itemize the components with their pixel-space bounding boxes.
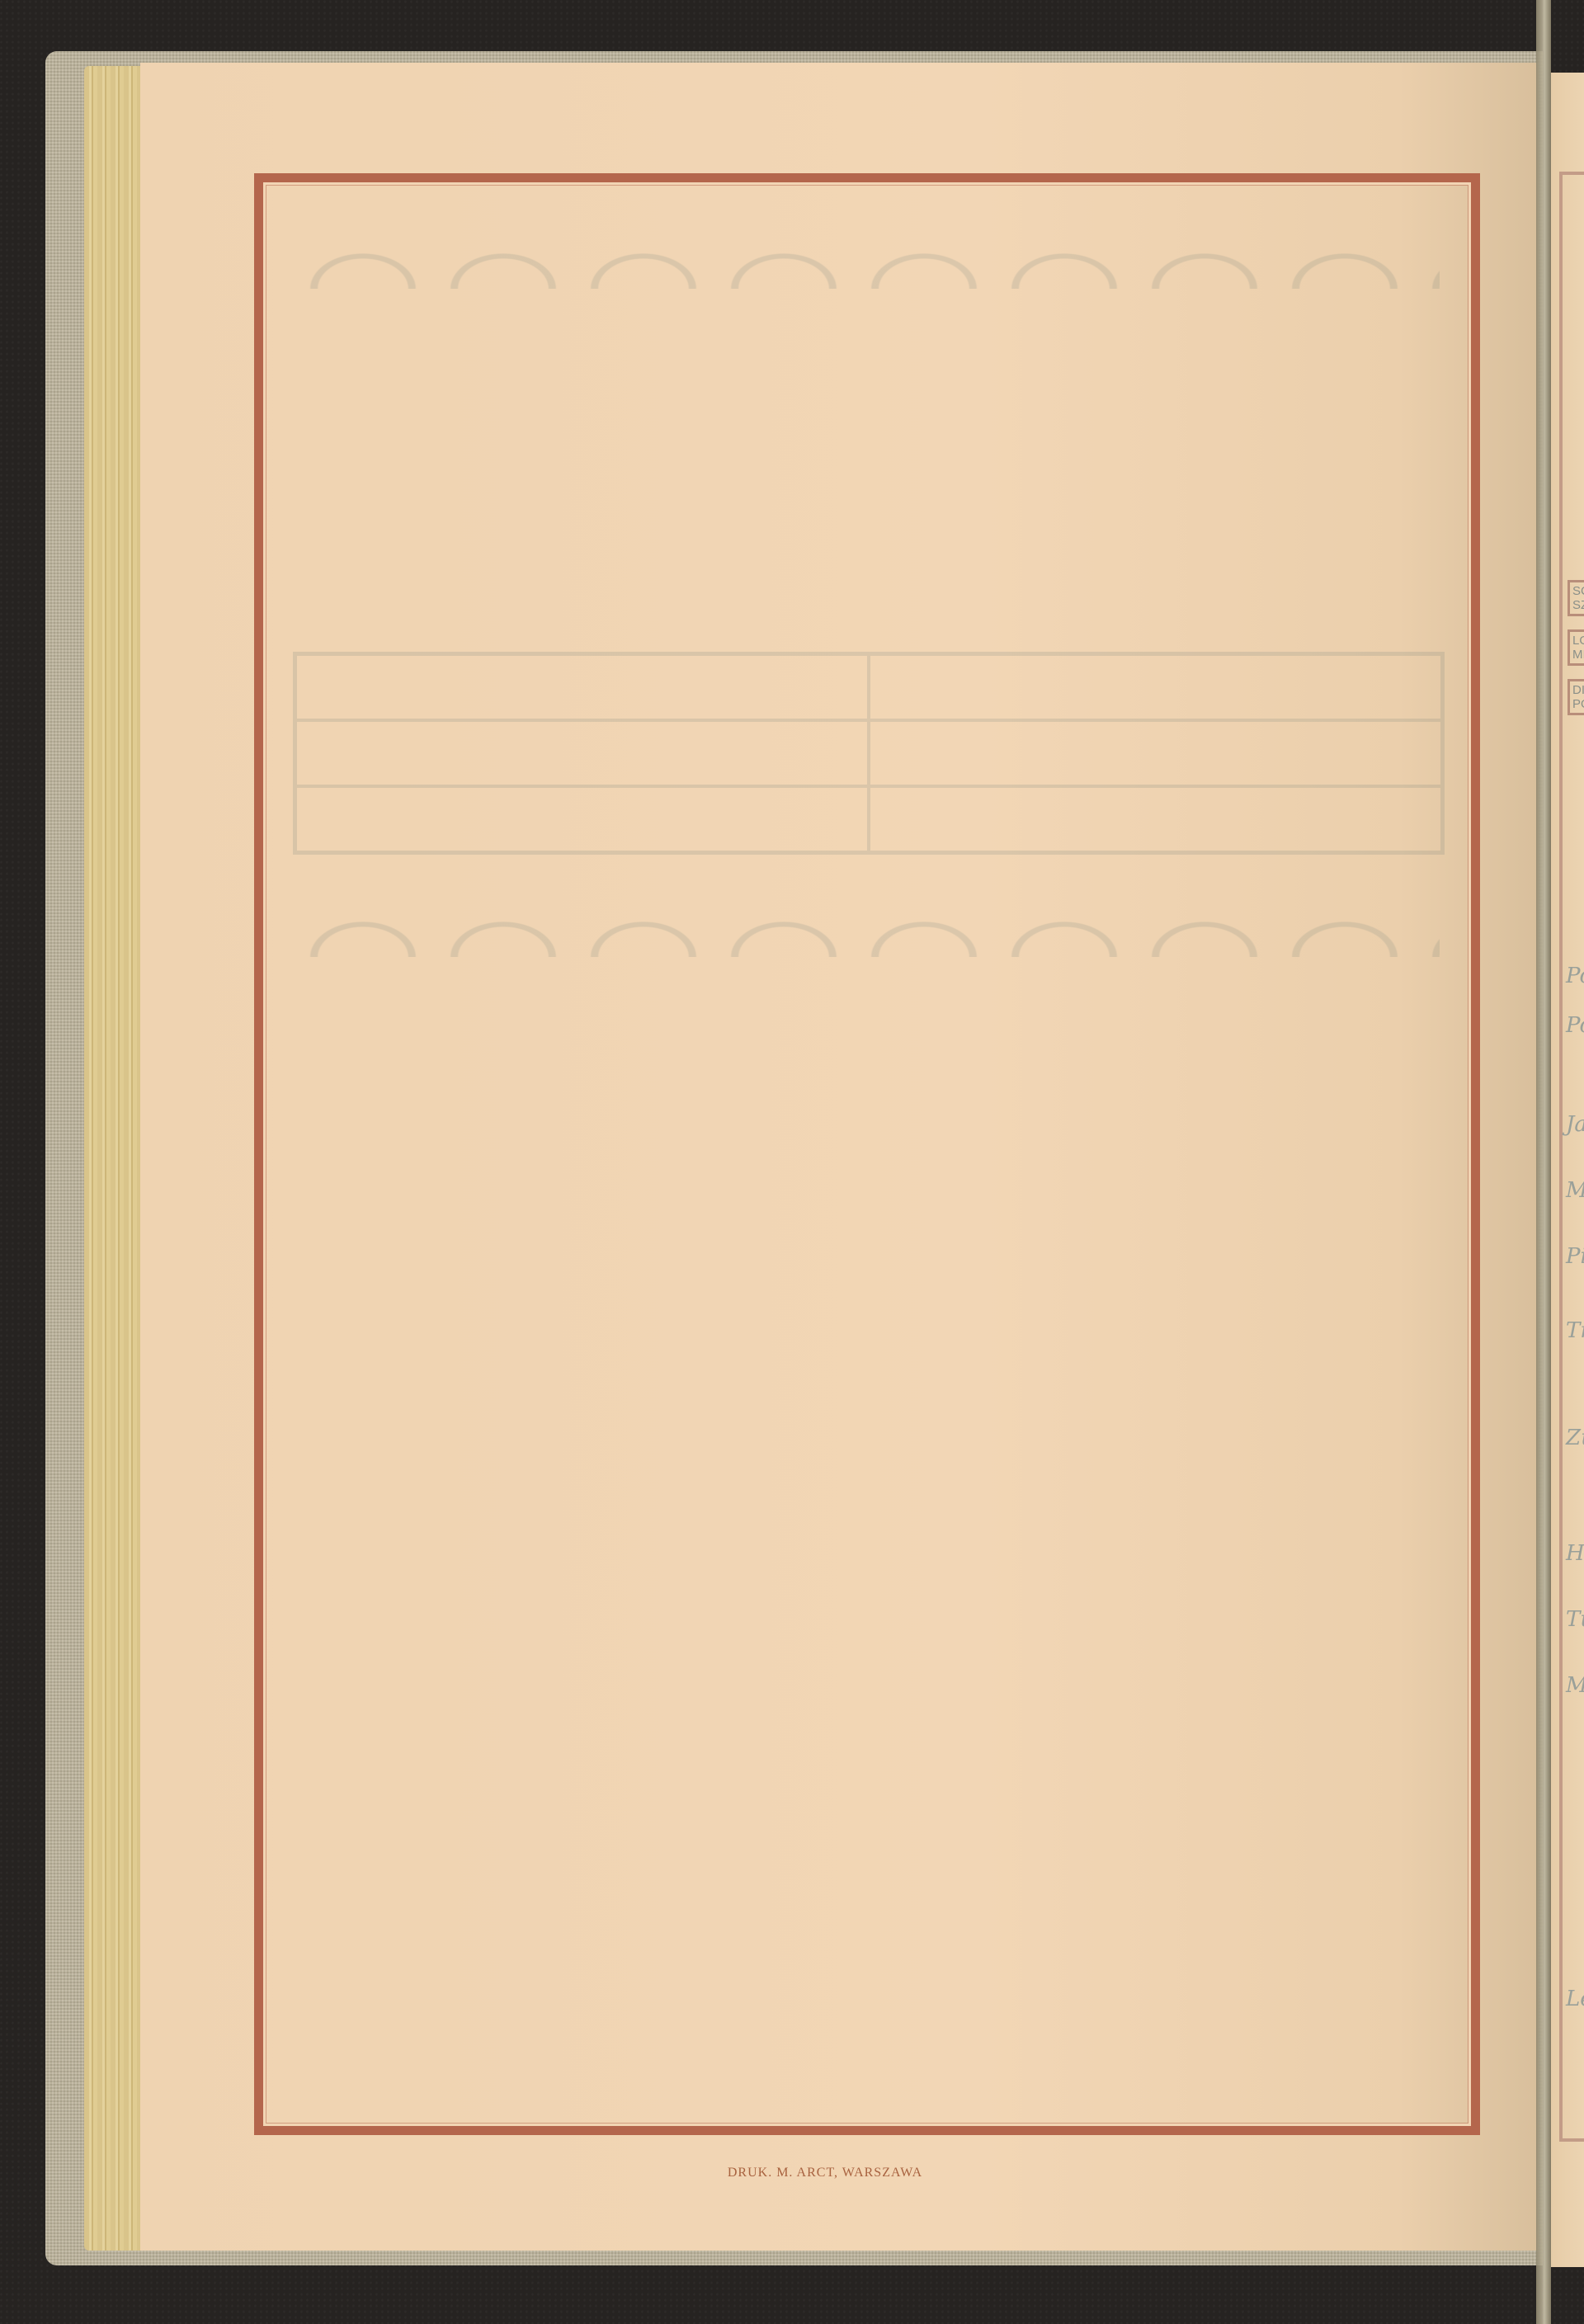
facing-handwriting: Mari	[1566, 1178, 1584, 1203]
facing-handwriting: Tryl	[1566, 1318, 1584, 1343]
page-border-frame	[254, 173, 1480, 2135]
facing-handwriting: Zuk	[1566, 1426, 1584, 1450]
facing-label-text: MIE	[1572, 648, 1584, 662]
facing-handwriting: Hut	[1566, 1541, 1584, 1566]
facing-label-box: LOC MIE	[1567, 629, 1584, 666]
facing-handwriting: Mac	[1566, 1673, 1584, 1698]
book-gutter	[1536, 0, 1551, 2324]
facing-label-text: LOC	[1572, 634, 1584, 648]
facing-page-frame	[1559, 172, 1584, 2142]
facing-label-text: PO	[1572, 697, 1584, 711]
facing-label-box: SCH SZK	[1567, 580, 1584, 616]
facing-handwriting: Pol	[1566, 1013, 1584, 1038]
facing-handwriting: Jank	[1566, 1112, 1584, 1137]
facing-page-strip: SCH SZK LOC MIE DIS PO Pod Pol Jank Mari…	[1551, 73, 1584, 2267]
facing-label-text: DIS	[1572, 683, 1584, 697]
facing-handwriting: Lel	[1566, 1987, 1584, 2011]
facing-handwriting: Tund	[1566, 1607, 1584, 1632]
facing-label-box: DIS PO	[1567, 679, 1584, 715]
facing-label-text: SCH	[1572, 584, 1584, 598]
facing-handwriting: Pod	[1566, 964, 1584, 988]
page-edges	[84, 66, 142, 2251]
facing-handwriting: Pil	[1566, 1244, 1584, 1269]
printer-imprint: DRUK. M. ARCT, WARSZAWA	[0, 2166, 1584, 2180]
facing-label-text: SZK	[1572, 598, 1584, 612]
